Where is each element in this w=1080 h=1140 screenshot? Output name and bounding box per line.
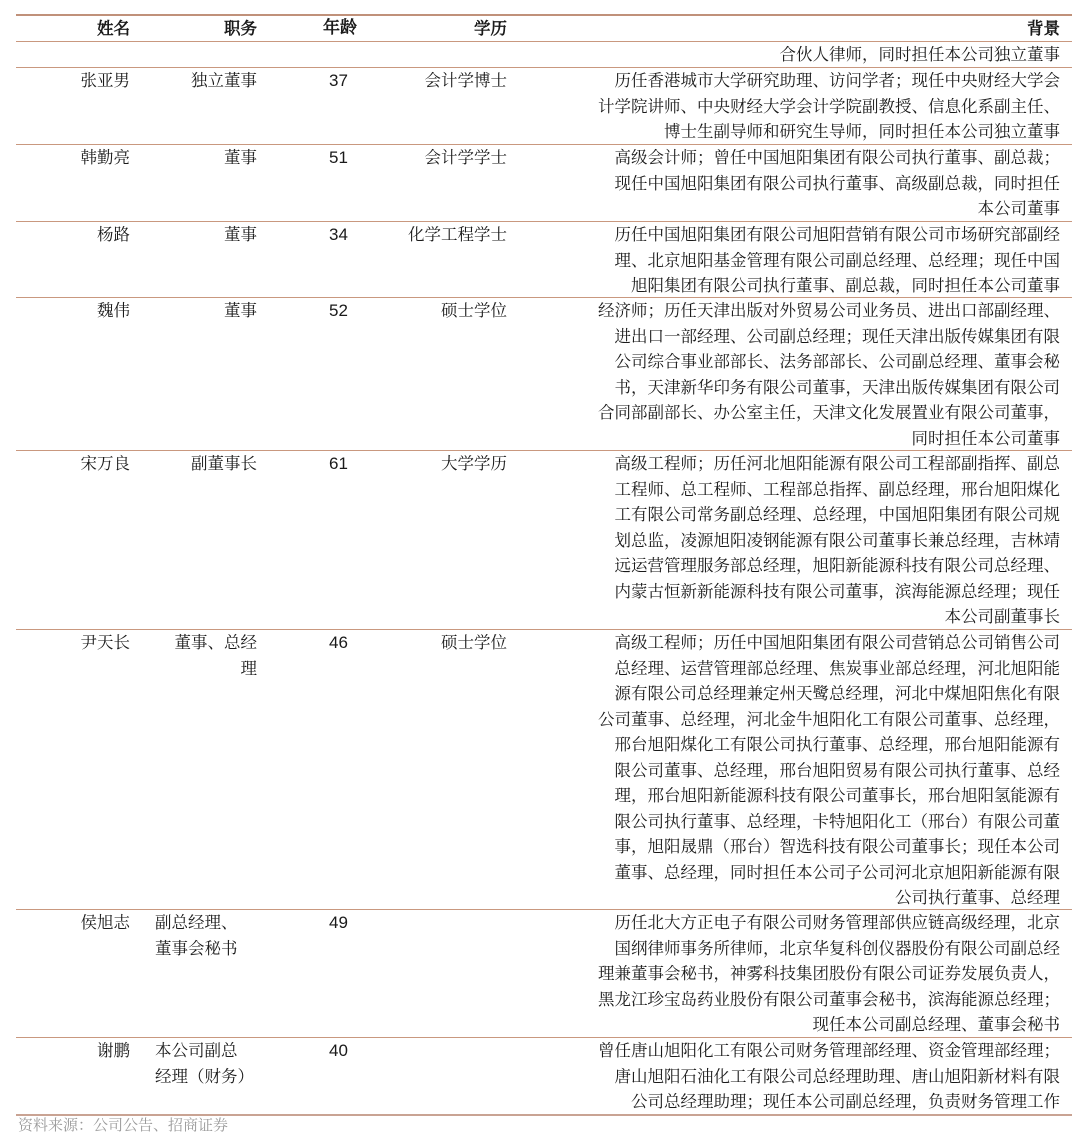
age-cell: 46 — [257, 630, 367, 656]
header-background: 背景 — [507, 16, 1066, 41]
age-cell: 61 — [257, 451, 367, 477]
role-cell: 本公司副总 经理（财务） — [130, 1038, 257, 1089]
role-cell: 董事、总经 理 — [130, 630, 257, 681]
role-cell: 独立董事 — [130, 68, 257, 94]
source-note: 资料来源：公司公告、招商证券 — [18, 1114, 228, 1135]
education-cell: 硕士学位 — [367, 630, 507, 656]
background-cell: 高级会计师；曾任中国旭阳集团有限公司执行董事、副总裁； 现任中国旭阳集团有限公司… — [507, 145, 1066, 222]
table-row: 张亚男 独立董事 37 会计学博士 历任香港城市大学研究助理、访问学者；现任中央… — [16, 68, 1072, 144]
background-cell: 合伙人律师，同时担任本公司独立董事 — [507, 42, 1066, 68]
education-cell: 硕士学位 — [367, 298, 507, 324]
age-cell: 34 — [257, 222, 367, 248]
age-cell: 51 — [257, 145, 367, 171]
background-cell: 经济师；历任天津出版对外贸易公司业务员、进出口部副经理、 进出口一部经理、公司副… — [507, 298, 1066, 451]
role-cell: 董事 — [130, 145, 257, 171]
name-cell: 谢鹏 — [16, 1038, 130, 1064]
background-cell: 历任北大方正电子有限公司财务管理部供应链高级经理，北京 国纲律师事务所律师，北京… — [507, 910, 1066, 1038]
table-row: 宋万良 副董事长 61 大学学历 高级工程师；历任河北旭阳能源有限公司工程部副指… — [16, 451, 1072, 629]
background-cell: 历任中国旭阳集团有限公司旭阳营销有限公司市场研究部副经 理、北京旭阳基金管理有限… — [507, 222, 1066, 299]
name-cell: 侯旭志 — [16, 910, 130, 936]
header-age: 年龄 — [257, 16, 367, 41]
background-cell: 高级工程师；历任中国旭阳集团有限公司营销总公司销售公司 总经理、运营管理部总经理… — [507, 630, 1066, 911]
age-cell: 40 — [257, 1038, 367, 1064]
table-row: 谢鹏 本公司副总 经理（财务） 40 曾任唐山旭阳化工有限公司财务管理部经理、资… — [16, 1038, 1072, 1114]
education-cell: 化学工程学士 — [367, 222, 507, 248]
role-cell: 副董事长 — [130, 451, 257, 477]
name-cell: 杨路 — [16, 222, 130, 248]
role-cell: 副总经理、 董事会秘书 — [130, 910, 257, 961]
table-header-row: 姓名 职务 年龄 学历 背景 — [16, 16, 1072, 41]
education-cell: 会计学博士 — [367, 68, 507, 94]
header-role: 职务 — [130, 16, 257, 41]
table-row: 魏伟 董事 52 硕士学位 经济师；历任天津出版对外贸易公司业务员、进出口部副经… — [16, 298, 1072, 450]
role-cell: 董事 — [130, 298, 257, 324]
table-row: 尹天长 董事、总经 理 46 硕士学位 高级工程师；历任中国旭阳集团有限公司营销… — [16, 630, 1072, 909]
table-row: 杨路 董事 34 化学工程学士 历任中国旭阳集团有限公司旭阳营销有限公司市场研究… — [16, 222, 1072, 297]
executive-table: 姓名 职务 年龄 学历 背景 合伙人律师，同时担任本公司独立董事 张亚男 独立董… — [16, 14, 1072, 1116]
background-cell: 高级工程师；历任河北旭阳能源有限公司工程部副指挥、副总 工程师、总工程师、工程部… — [507, 451, 1066, 630]
name-cell: 尹天长 — [16, 630, 130, 656]
table-row: 韩勤亮 董事 51 会计学学士 高级会计师；曾任中国旭阳集团有限公司执行董事、副… — [16, 145, 1072, 221]
role-cell: 董事 — [130, 222, 257, 248]
background-cell: 曾任唐山旭阳化工有限公司财务管理部经理、资金管理部经理； 唐山旭阳石油化工有限公… — [507, 1038, 1066, 1115]
table-row-continued: 合伙人律师，同时担任本公司独立董事 — [16, 42, 1072, 67]
name-cell: 宋万良 — [16, 451, 130, 477]
education-cell: 会计学学士 — [367, 145, 507, 171]
education-cell: 大学学历 — [367, 451, 507, 477]
name-cell: 韩勤亮 — [16, 145, 130, 171]
table-row: 侯旭志 副总经理、 董事会秘书 49 历任北大方正电子有限公司财务管理部供应链高… — [16, 910, 1072, 1037]
age-cell: 52 — [257, 298, 367, 324]
name-cell: 张亚男 — [16, 68, 130, 94]
name-cell: 魏伟 — [16, 298, 130, 324]
header-education: 学历 — [367, 16, 507, 41]
age-cell: 37 — [257, 68, 367, 94]
header-name: 姓名 — [16, 16, 130, 41]
background-cell: 历任香港城市大学研究助理、访问学者；现任中央财经大学会 计学院讲师、中央财经大学… — [507, 68, 1066, 145]
age-cell: 49 — [257, 910, 367, 936]
